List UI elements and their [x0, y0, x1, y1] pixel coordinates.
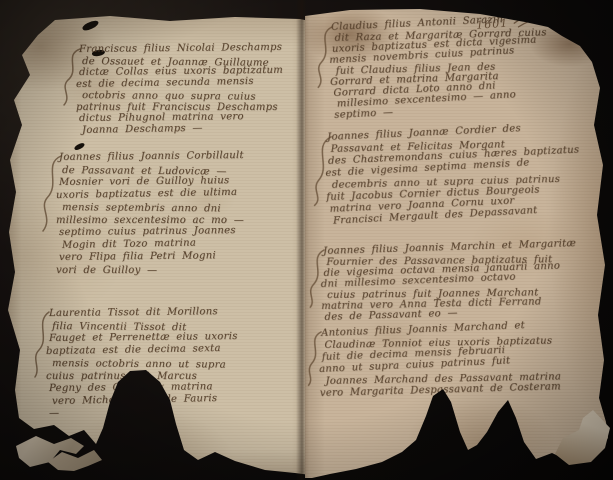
ink-smudge-icon — [73, 142, 85, 152]
manuscript-line: Joannes filius Joannis Corbillault — [56, 150, 244, 164]
baptism-record: Laurentia Tissot dit Morillonsfilia Vinc… — [46, 308, 238, 421]
manuscript-line: mensis octobris anno ut supra — [46, 358, 238, 372]
left-page: Franciscus filius Nicolai Deschampsde Os… — [6, 14, 320, 478]
manuscript-line: uxoris baptizatus est die ultima — [56, 186, 244, 202]
baptism-record: Franciscus filius Nicolai Deschampsde Os… — [76, 44, 283, 136]
manuscript-line: octobris anno quo supra cuius — [76, 90, 283, 103]
manuscript-line: vori de Guilloy — — [56, 265, 244, 278]
baptism-record: Joannes filius Joannis Corbillaultde Pas… — [56, 152, 244, 277]
baptism-record: Antonius filius Joannis Marchand etClaud… — [318, 321, 562, 400]
right-page: 1601 Claudius filius Antonii Sarazindit … — [300, 6, 613, 480]
manuscript-line: — — [46, 406, 238, 421]
ink-smudge-icon — [81, 19, 99, 33]
manuscript-line: Laurentia Tissot dit Morillons — [46, 306, 238, 321]
manuscript-line: Franciscus filius Nicolai Deschamps — [76, 42, 283, 56]
manuscript-line: baptizata est die decima sexta — [46, 342, 238, 358]
baptism-record: Joannes filius Joannæ Cordier desPassava… — [324, 123, 582, 228]
baptism-record: Joannes filius Joannis Marchin et Margar… — [320, 241, 578, 323]
baptism-record: Claudius filius Antonii Sarazindit Raza … — [328, 14, 549, 121]
manuscript-line: mensis septembris anno dni — [56, 202, 244, 216]
manuscript-scan: Franciscus filius Nicolai Deschampsde Os… — [0, 0, 613, 480]
manuscript-line: vero Flipa filia Petri Mogni — [56, 250, 244, 264]
